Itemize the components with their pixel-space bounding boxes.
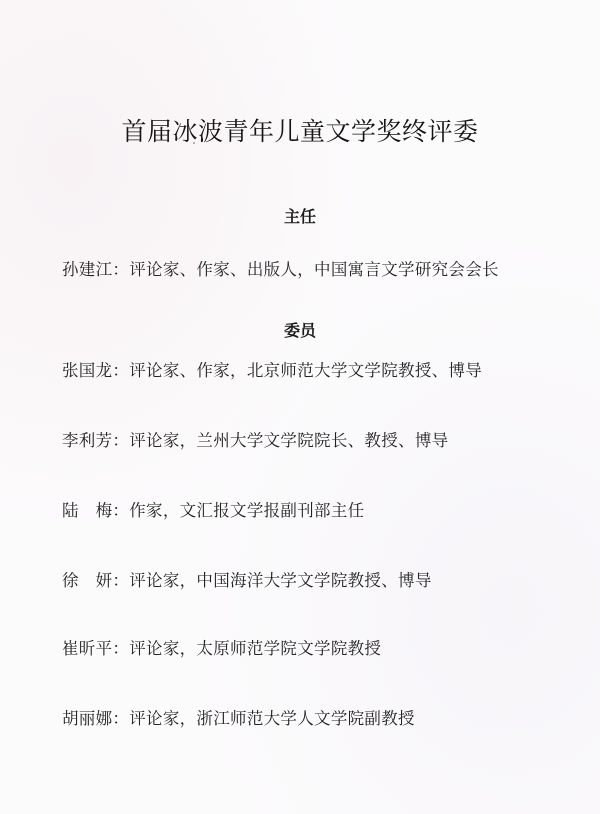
separator: ： [112,639,129,658]
section-heading-members: 委员 [0,318,600,341]
separator: ： [112,571,129,590]
member-entry: 李利芳：评论家，兰州大学文学院院长、教授、博导 [62,427,448,451]
member-name: 胡丽娜 [62,709,112,728]
member-entry: 崔昕平：评论家，太原师范学院文学院教授 [62,635,381,659]
member-entry: 徐 妍：评论家，中国海洋大学文学院教授、博导 [62,567,432,591]
member-name: 李利芳 [62,431,112,450]
separator: ： [112,431,129,450]
member-entry-director: 孙建江：评论家、作家、出版人，中国寓言文学研究会会长 [62,256,499,280]
separator: ： [112,501,129,520]
member-description: 评论家，中国海洋大学文学院教授、博导 [129,571,431,590]
member-description: 评论家，浙江师范大学人文学院副教授 [129,709,415,728]
separator: ： [112,361,129,380]
member-entry: 陆 梅：作家，文汇报文学报副刊部主任 [62,497,364,521]
member-name: 陆 梅 [62,501,112,520]
member-description: 评论家、作家、出版人，中国寓言文学研究会会长 [129,260,499,279]
member-entry: 胡丽娜：评论家，浙江师范大学人文学院副教授 [62,705,415,729]
member-entry: 张国龙：评论家、作家，北京师范大学文学院教授、博导 [62,357,482,381]
member-description: 评论家、作家，北京师范大学文学院教授、博导 [129,361,482,380]
member-description: 评论家，兰州大学文学院院长、教授、博导 [129,431,448,450]
separator: ： [112,260,129,279]
scanned-page: 首届冰波青年儿童文学奖终评委 主任 孙建江：评论家、作家、出版人，中国寓言文学研… [0,0,600,814]
member-name: 徐 妍 [62,571,112,590]
member-description: 评论家，太原师范学院文学院教授 [129,639,381,658]
scan-speck [193,142,195,144]
member-name: 张国龙 [62,361,112,380]
document-title: 首届冰波青年儿童文学奖终评委 [0,112,600,148]
member-name: 孙建江 [62,260,112,279]
separator: ： [112,709,129,728]
section-heading-director: 主任 [0,204,600,227]
member-description: 作家，文汇报文学报副刊部主任 [129,501,364,520]
member-name: 崔昕平 [62,639,112,658]
